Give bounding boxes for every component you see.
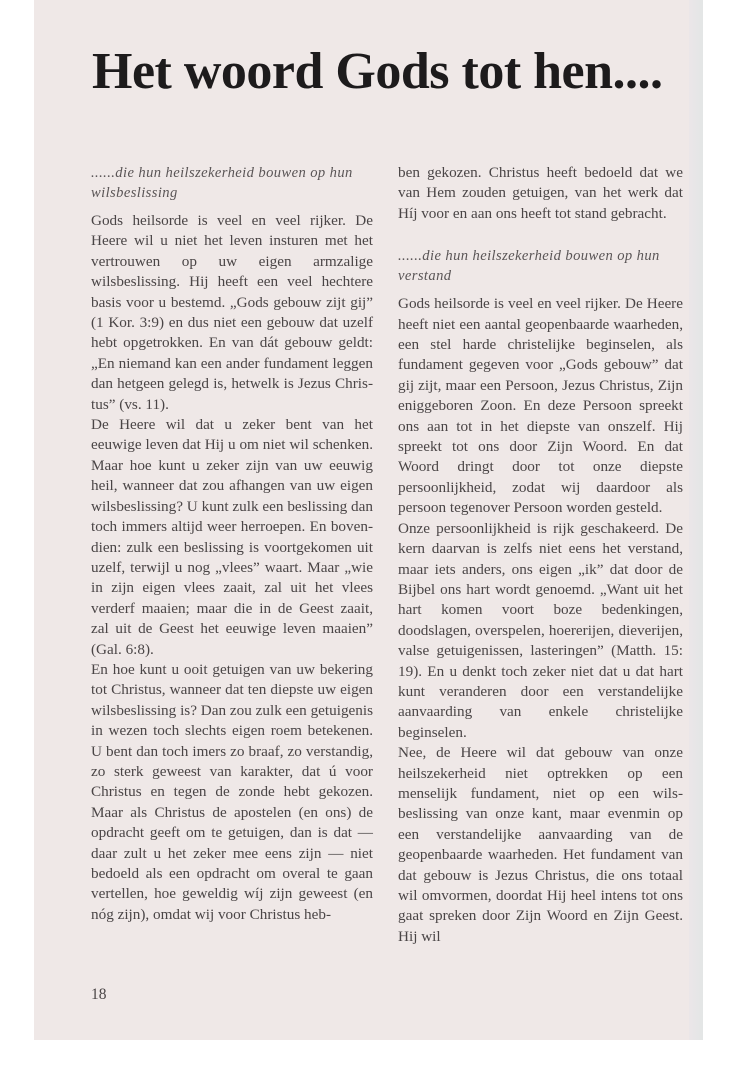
- paragraph: Gods heilsorde is veel en veel rijker. D…: [91, 211, 373, 415]
- paragraph: En hoe kunt u ooit getuigen van uw beker…: [91, 660, 373, 925]
- page-edge: [689, 0, 703, 1040]
- page-title: Het woord Gods tot hen....: [92, 40, 692, 104]
- section-subheading-wilsbeslissing: ......die hun heilszekerheid bouwen op h…: [91, 163, 373, 203]
- paragraph: Nee, de Heere wil dat gebouw van onze he…: [398, 743, 683, 947]
- right-column: ben gekozen. Christus heeft bedoeld dat …: [398, 163, 683, 947]
- paragraph-continued: ben gekozen. Christus heeft bedoeld dat …: [398, 163, 683, 224]
- paragraph: Onze persoonlijkheid is rijk geschakeerd…: [398, 519, 683, 743]
- paragraph: Gods heilsorde is veel en veel rijker. D…: [398, 294, 683, 518]
- left-column: ......die hun heilszekerheid bouwen op h…: [91, 163, 373, 925]
- page-number: 18: [91, 986, 107, 1004]
- section-subheading-verstand: ......die hun heilszekerheid bouwen op h…: [398, 246, 683, 286]
- section-spacer: [398, 224, 683, 246]
- paragraph: De Heere wil dat u zeker bent van het ee…: [91, 415, 373, 660]
